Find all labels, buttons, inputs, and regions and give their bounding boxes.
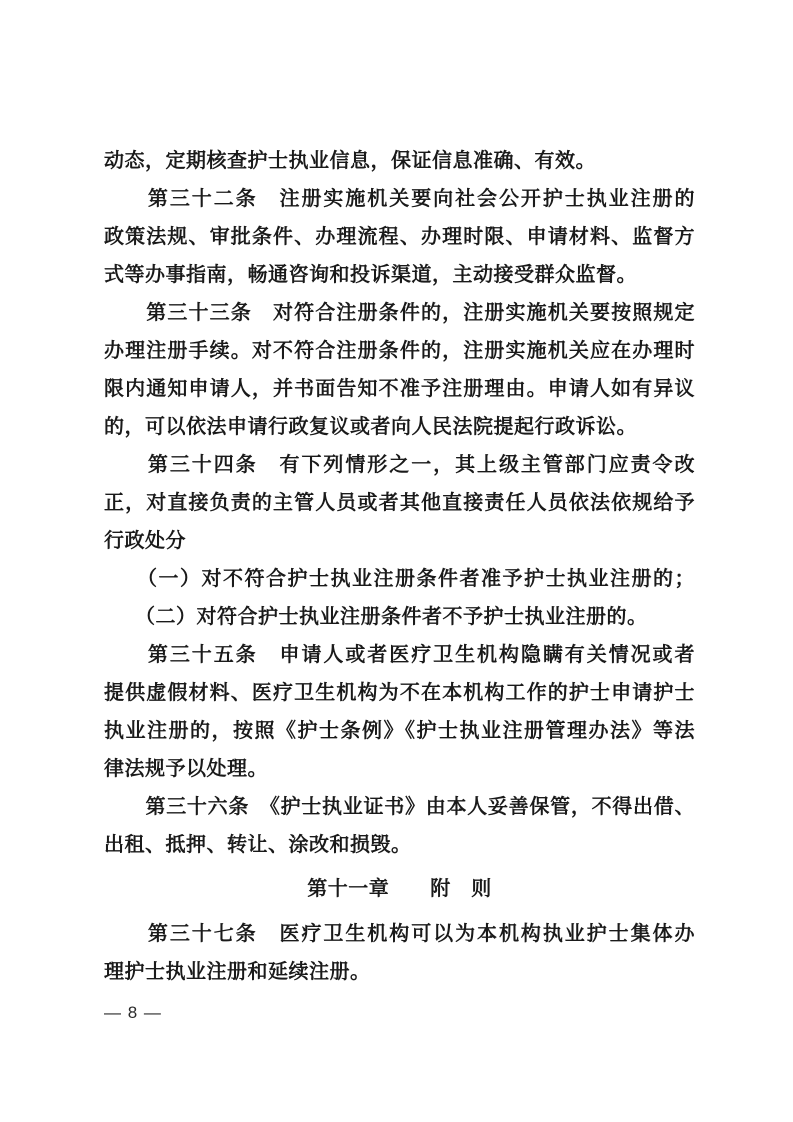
text-line: 的，可以依法申请行政复议或者向人民法院提起行政诉讼。: [104, 408, 695, 446]
text-line: 政策法规、审批条件、办理流程、办理时限、申请材料、监督方: [104, 218, 695, 256]
text-line-item-1: （一）对不符合护士执业注册条件者准予护士执业注册的；: [104, 560, 695, 598]
text-line-article-33: 第三十三条 对符合注册条件的，注册实施机关要按照规定: [104, 294, 695, 332]
document-page: 动态，定期核查护士执业信息，保证信息准确、有效。 第三十二条 注册实施机关要向社…: [0, 0, 793, 1122]
text-line: 提供虚假材料、医疗卫生机构为不在本机构工作的护士申请护士: [104, 674, 695, 712]
chapter-heading: 第十一章 附 则: [104, 870, 695, 908]
text-line: 理护士执业注册和延续注册。: [104, 953, 695, 991]
text-line-article-35: 第三十五条 申请人或者医疗卫生机构隐瞒有关情况或者: [104, 636, 695, 674]
text-line: 式等办事指南，畅通咨询和投诉渠道，主动接受群众监督。: [104, 256, 695, 294]
text-line: 出租、抵押、转让、涂改和损毁。: [104, 826, 695, 864]
text-line-article-34: 第三十四条 有下列情形之一，其上级主管部门应责令改: [104, 446, 695, 484]
text-line: 办理注册手续。对不符合注册条件的，注册实施机关应在办理时: [104, 332, 695, 370]
page-number: — 8 —: [104, 1001, 162, 1025]
text-line: 律法规予以处理。: [104, 750, 695, 788]
text-line: 动态，定期核查护士执业信息，保证信息准确、有效。: [104, 142, 695, 180]
text-line: 正，对直接负责的主管人员或者其他直接责任人员依法依规给予: [104, 484, 695, 522]
text-line: 行政处分: [104, 522, 695, 560]
text-line-article-37: 第三十七条 医疗卫生机构可以为本机构执业护士集体办: [104, 915, 695, 953]
text-line: 限内通知申请人，并书面告知不准予注册理由。申请人如有异议: [104, 370, 695, 408]
text-line-item-2: （二）对符合护士执业注册条件者不予护士执业注册的。: [104, 598, 695, 636]
document-text-block: 动态，定期核查护士执业信息，保证信息准确、有效。 第三十二条 注册实施机关要向社…: [104, 142, 695, 991]
text-line: 执业注册的，按照《护士条例》《护士执业注册管理办法》等法: [104, 712, 695, 750]
text-line-article-32: 第三十二条 注册实施机关要向社会公开护士执业注册的: [104, 180, 695, 218]
text-line-article-36: 第三十六条 《护士执业证书》由本人妥善保管，不得出借、: [104, 788, 695, 826]
